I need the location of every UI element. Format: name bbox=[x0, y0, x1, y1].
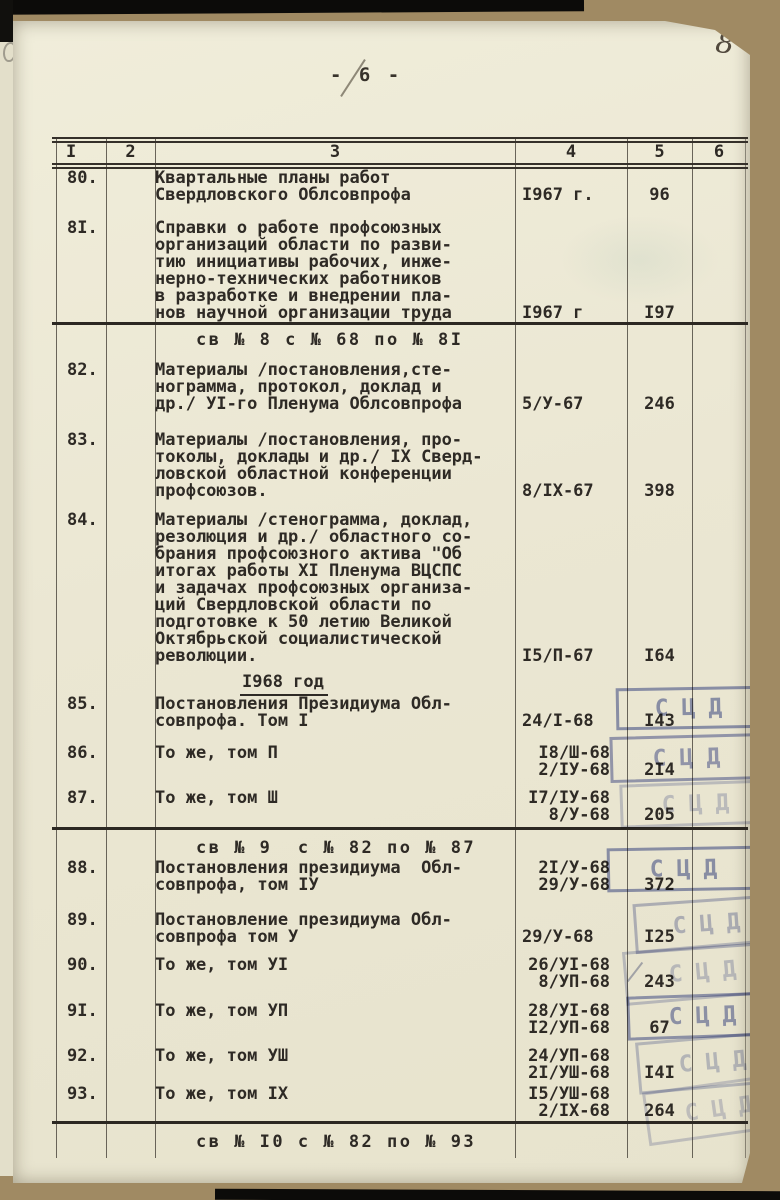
row-number: 8I. bbox=[56, 220, 106, 237]
scan-edge-top bbox=[0, 0, 584, 15]
table-row: 83.Материалы /постановления, про-токолы,… bbox=[56, 432, 746, 500]
table-horizontal-rule bbox=[52, 163, 748, 165]
description-line: То же, том УШ bbox=[155, 1048, 515, 1065]
row-col2-empty bbox=[106, 745, 155, 779]
row-description: То же, том УШ bbox=[155, 1048, 515, 1065]
row-number: 90. bbox=[56, 957, 106, 974]
stamp-text: СЦД bbox=[668, 1045, 760, 1079]
scan-edge-corner bbox=[0, 0, 13, 42]
date-line: 8/У-68 bbox=[515, 807, 610, 824]
date-line: I5/П-67 bbox=[522, 648, 627, 665]
row-dates: 28/УI-68I2/УП-68 bbox=[515, 1003, 627, 1037]
date-line: 2I/УШ-68 bbox=[515, 1065, 610, 1082]
std-stamp: СЦД bbox=[626, 991, 780, 1040]
row-number: 93. bbox=[56, 1086, 106, 1103]
column-header: 6 bbox=[692, 143, 746, 162]
row-dates: I5/П-67 bbox=[515, 648, 627, 665]
date-line: 29/У-68 bbox=[515, 877, 610, 894]
row-col2-empty bbox=[106, 1003, 155, 1037]
date-line: I2/УП-68 bbox=[515, 1020, 610, 1037]
row-number: 83. bbox=[56, 432, 106, 449]
row-col6-empty bbox=[692, 432, 746, 500]
row-description: То же, том П bbox=[155, 745, 515, 762]
row-number: 86. bbox=[56, 745, 106, 762]
std-stamp: СЦД bbox=[616, 686, 765, 731]
row-number: 87. bbox=[56, 790, 106, 807]
row-col2-empty bbox=[106, 1048, 155, 1082]
table-row: 84.Материалы /стенограмма, доклад,резолю… bbox=[56, 512, 746, 665]
stamp-text: СЦД bbox=[673, 1090, 766, 1128]
row-dates: 5/У-67 bbox=[515, 396, 627, 413]
row-sheet-count: 96 bbox=[627, 187, 692, 204]
description-line: профсоюзов. bbox=[155, 483, 515, 500]
row-description: Постановления Президиума Обл-совпрофа. Т… bbox=[155, 696, 515, 730]
row-col2-empty bbox=[106, 957, 155, 991]
bundle-separator: св № 9 с № 82 по № 87 bbox=[196, 838, 476, 858]
date-line: 8/УП-68 bbox=[515, 974, 610, 991]
row-number: 89. bbox=[56, 912, 106, 929]
page-content: - 6 - 8 I2345680.Квартальные планы работ… bbox=[0, 0, 780, 1200]
row-number: 80. bbox=[56, 170, 106, 187]
column-header: 2 bbox=[106, 143, 155, 162]
row-col2-empty bbox=[106, 1086, 155, 1120]
stamp-text: СЦД bbox=[644, 694, 735, 722]
row-description: То же, том УП bbox=[155, 1003, 515, 1020]
archive-inventory-scan: - 6 - 8 I2345680.Квартальные планы работ… bbox=[0, 0, 780, 1200]
row-col6-empty bbox=[692, 220, 746, 322]
row-col2-empty bbox=[106, 790, 155, 824]
date-line: 2/IУ-68 bbox=[515, 762, 610, 779]
stamp-text: СЦД bbox=[658, 1001, 749, 1030]
row-dates: I5/УШ-682/IX-68 bbox=[515, 1086, 627, 1120]
description-line: То же, том IX bbox=[155, 1086, 515, 1103]
stamp-text: СЦД bbox=[639, 855, 730, 883]
row-description: Квартальные планы работСвердловского Обл… bbox=[155, 170, 515, 204]
row-dates: 26/УI-688/УП-68 bbox=[515, 957, 627, 991]
date-line: 8/IX-67 bbox=[522, 483, 627, 500]
column-header: 4 bbox=[515, 143, 627, 162]
row-sheet-count: 246 bbox=[627, 396, 692, 413]
table-header-row: I23456 bbox=[56, 143, 746, 162]
std-stamp: СЦД bbox=[607, 846, 764, 893]
description-line: совпрофа. Том I bbox=[155, 713, 515, 730]
row-description: Материалы /постановления, про-токолы, до… bbox=[155, 432, 515, 500]
stamp-text: СЦД bbox=[662, 908, 754, 940]
bundle-separator: св № I0 с № 82 по № 93 bbox=[196, 1132, 476, 1152]
row-dates: 8/IX-67 bbox=[515, 483, 627, 500]
description-line: То же, том Ш bbox=[155, 790, 515, 807]
row-description: Справки о работе профсоюзныхорганизаций … bbox=[155, 220, 515, 322]
table-row: 80.Квартальные планы работСвердловского … bbox=[56, 170, 746, 204]
year-heading: I968 год bbox=[240, 672, 328, 696]
std-stamp: СЦД bbox=[609, 733, 766, 783]
scan-edge-bottom bbox=[215, 1189, 780, 1200]
row-description: Материалы /постановления,сте-нограмма, п… bbox=[155, 362, 515, 413]
row-dates: I967 г bbox=[515, 305, 627, 322]
row-description: Постановление президиума Обл-совпрофа то… bbox=[155, 912, 515, 946]
row-dates: 24/I-68 bbox=[515, 713, 627, 730]
typed-page-number: - 6 - bbox=[330, 64, 402, 86]
bundle-separator: св № 8 с № 68 по № 8I bbox=[196, 330, 463, 350]
stamp-text: СЦД bbox=[651, 789, 742, 818]
description-line: совпрофа том У bbox=[155, 929, 515, 946]
row-col2-empty bbox=[106, 220, 155, 322]
stamp-text: СЦД bbox=[658, 955, 750, 989]
row-dates: 29/У-68 bbox=[515, 929, 627, 946]
description-line: совпрофа, том IУ bbox=[155, 877, 515, 894]
row-sheet-count: I97 bbox=[627, 305, 692, 322]
date-line: 2/IX-68 bbox=[515, 1103, 610, 1120]
row-sheet-count: I64 bbox=[627, 648, 692, 665]
description-line: То же, том УП bbox=[155, 1003, 515, 1020]
date-line: 29/У-68 bbox=[522, 929, 627, 946]
description-line: То же, том П bbox=[155, 745, 515, 762]
row-col6-empty bbox=[692, 170, 746, 204]
row-description: Материалы /стенограмма, доклад,резолюция… bbox=[155, 512, 515, 665]
row-col2-empty bbox=[106, 860, 155, 894]
row-col2-empty bbox=[106, 362, 155, 413]
description-line: нов научной организации труда bbox=[155, 305, 515, 322]
column-header: I bbox=[56, 143, 106, 162]
description-line: др./ УI-го Пленума Облсовпрофа bbox=[155, 396, 515, 413]
stamp-text: СЦД bbox=[642, 744, 733, 772]
row-number: 92. bbox=[56, 1048, 106, 1065]
table-horizontal-rule bbox=[52, 137, 748, 139]
date-line: I967 г bbox=[522, 305, 627, 322]
row-col2-empty bbox=[106, 512, 155, 665]
row-number: 88. bbox=[56, 860, 106, 877]
row-dates: I7/IУ-688/У-68 bbox=[515, 790, 627, 824]
table-row: 82.Материалы /постановления,сте-нограмма… bbox=[56, 362, 746, 413]
row-number: 9I. bbox=[56, 1003, 106, 1020]
description-line: Свердловского Облсовпрофа bbox=[155, 187, 515, 204]
row-number: 82. bbox=[56, 362, 106, 379]
row-description: То же, том Ш bbox=[155, 790, 515, 807]
row-dates: 24/УП-682I/УШ-68 bbox=[515, 1048, 627, 1082]
row-col6-empty bbox=[692, 512, 746, 665]
date-line: 24/I-68 bbox=[522, 713, 627, 730]
date-line: 5/У-67 bbox=[522, 396, 627, 413]
row-col6-empty bbox=[692, 362, 746, 413]
row-description: То же, том IX bbox=[155, 1086, 515, 1103]
description-line: То же, том УI bbox=[155, 957, 515, 974]
row-col2-empty bbox=[106, 170, 155, 204]
table-horizontal-rule bbox=[52, 1121, 748, 1124]
row-description: То же, том УI bbox=[155, 957, 515, 974]
column-header: 3 bbox=[155, 143, 515, 162]
column-header: 5 bbox=[627, 143, 692, 162]
table-row: 8I.Справки о работе профсоюзныхорганизац… bbox=[56, 220, 746, 322]
row-description: Постановления президиума Обл-совпрофа, т… bbox=[155, 860, 515, 894]
row-col2-empty bbox=[106, 912, 155, 946]
std-stamp: СЦД bbox=[619, 779, 774, 828]
description-line: революции. bbox=[155, 648, 515, 665]
row-number: 84. bbox=[56, 512, 106, 529]
row-col2-empty bbox=[106, 696, 155, 730]
document-page: - 6 - 8 I2345680.Квартальные планы работ… bbox=[13, 21, 750, 1183]
row-sheet-count: 398 bbox=[627, 483, 692, 500]
row-col2-empty bbox=[106, 432, 155, 500]
row-dates: I967 г. bbox=[515, 187, 627, 204]
handwritten-page-number: 8 bbox=[713, 25, 737, 61]
date-line: I967 г. bbox=[522, 187, 627, 204]
row-number: 85. bbox=[56, 696, 106, 713]
